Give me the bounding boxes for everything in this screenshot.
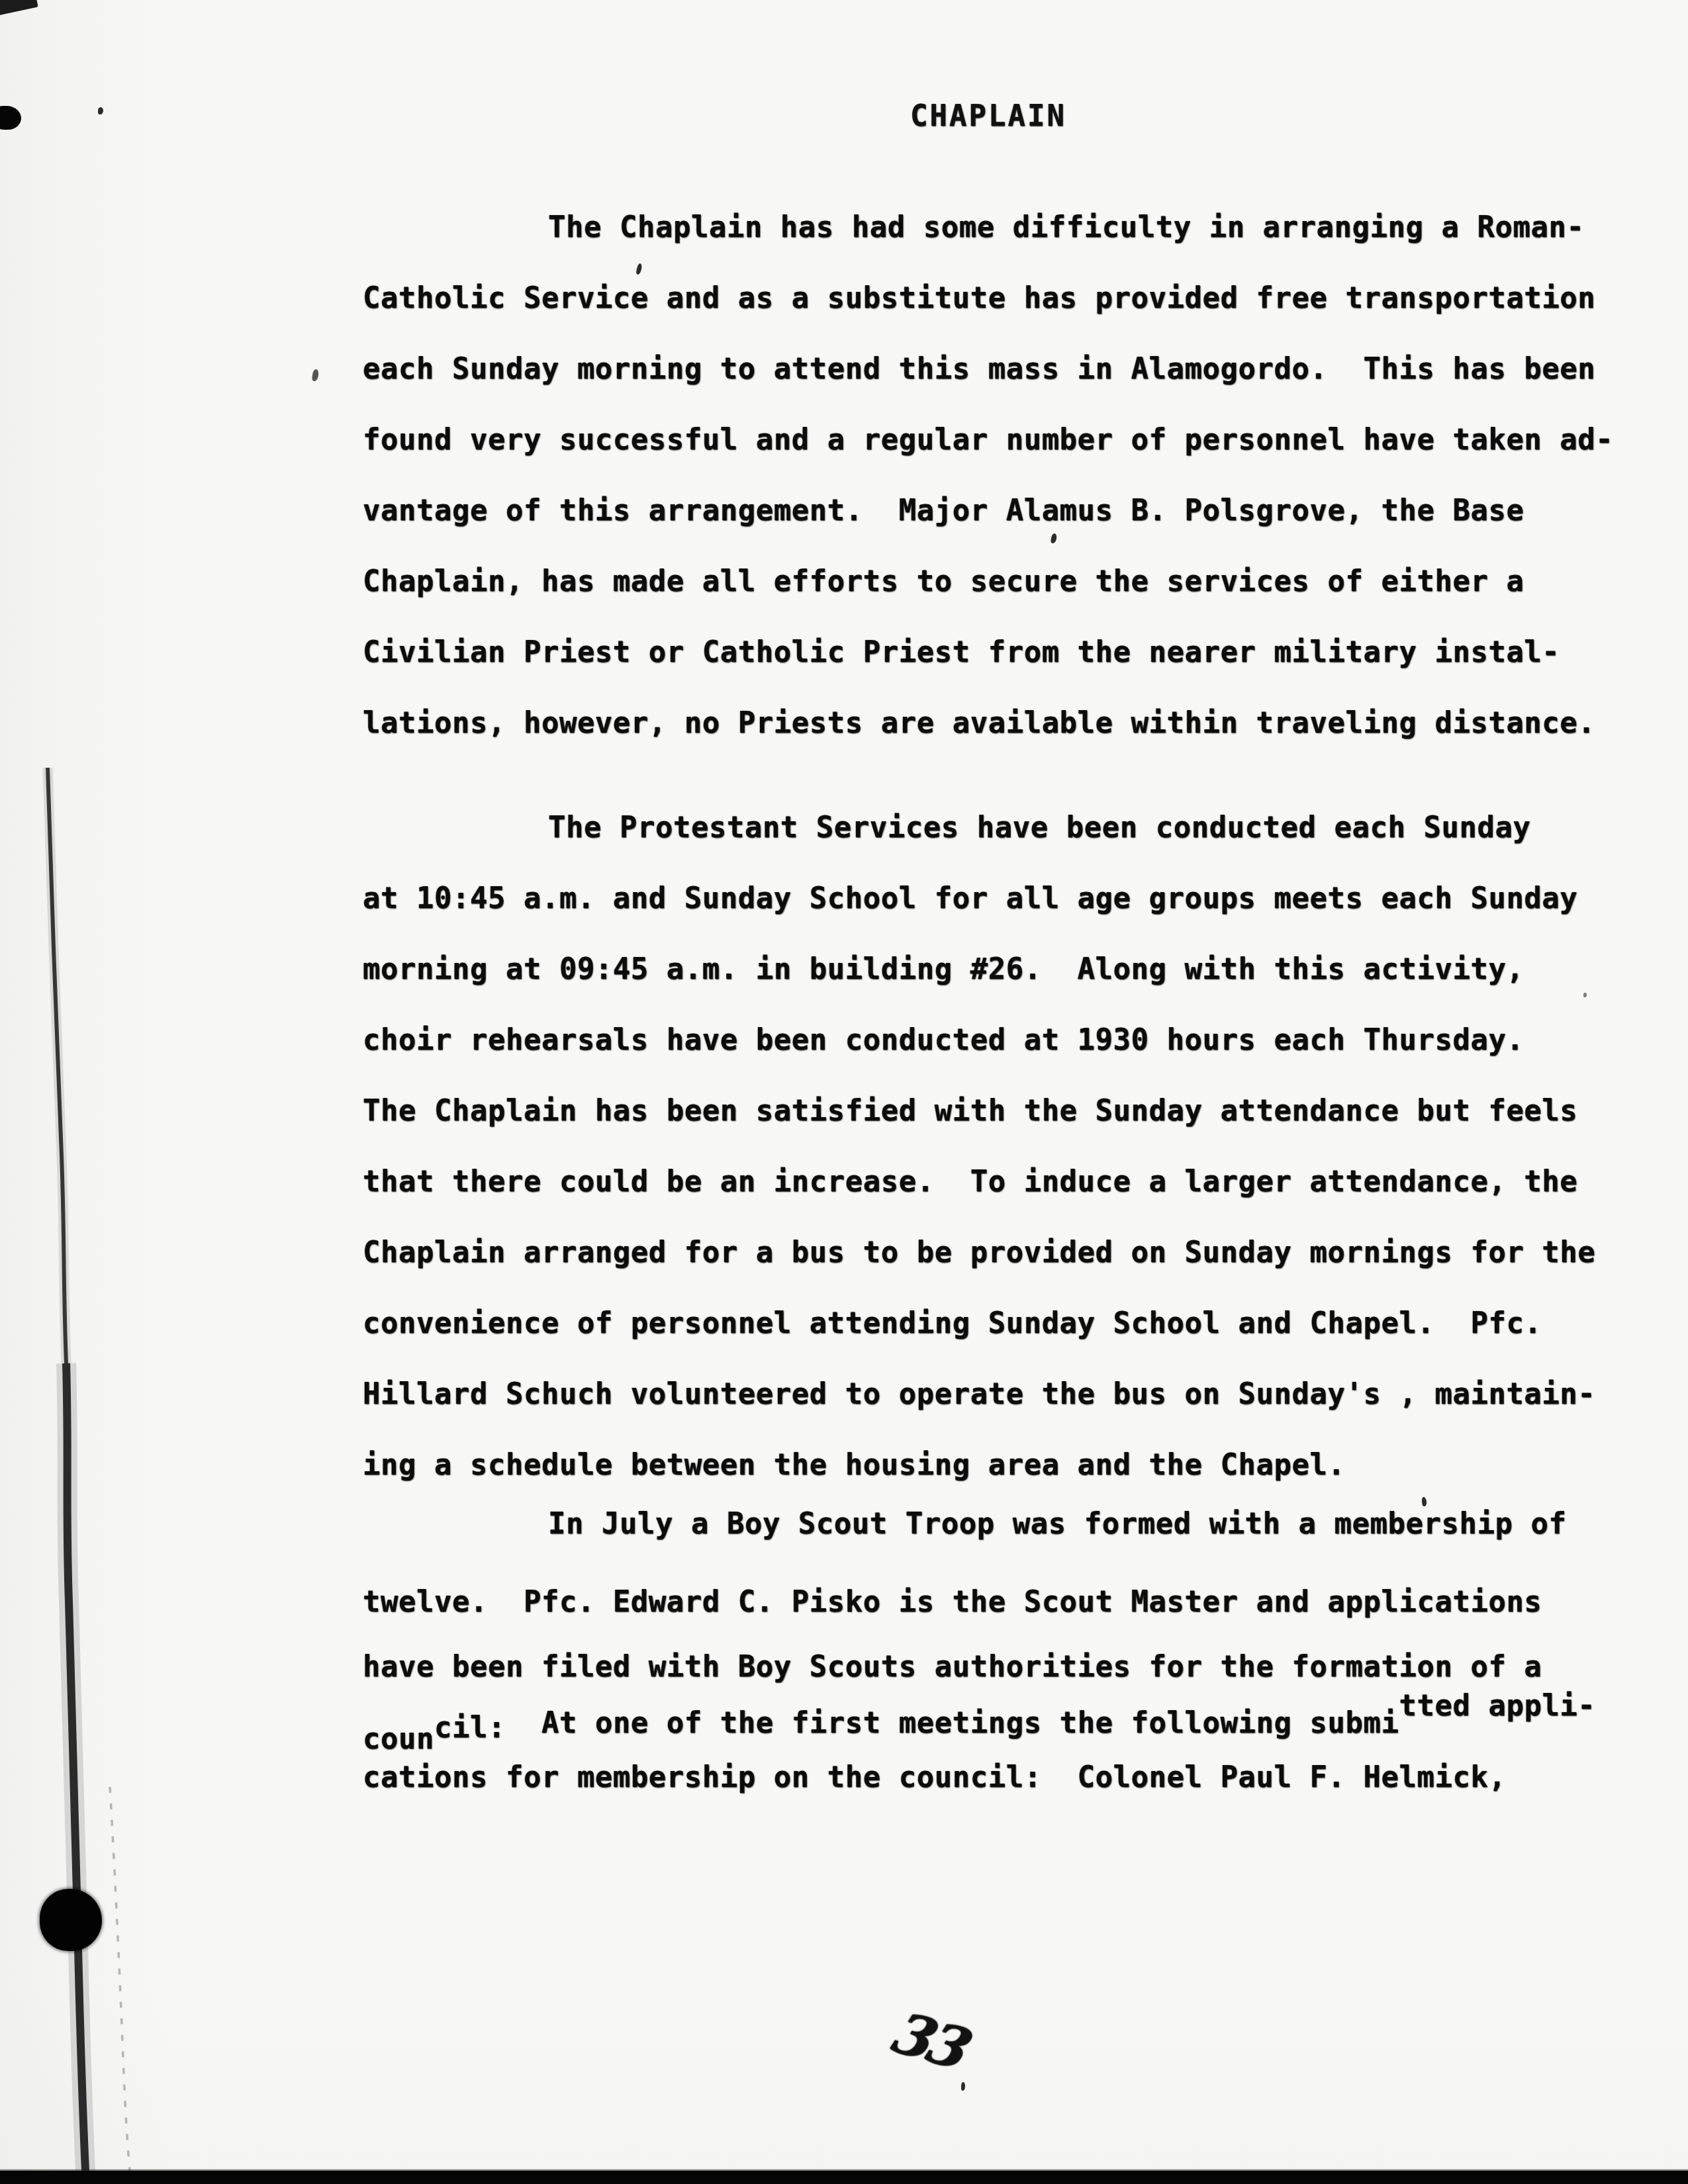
text-segment: tted appli-: [1399, 1689, 1595, 1723]
text-segment: cil:: [434, 1711, 506, 1745]
text-line: Chaplain arranged for a bus to be provid…: [363, 1217, 1627, 1288]
paragraph-1: The Chaplain has had some difficulty in …: [363, 192, 1627, 758]
paragraph-3: In July a Boy Scout Troop was formed wit…: [363, 1488, 1627, 1813]
text-line: choir rehearsals have been conducted at …: [363, 1005, 1627, 1075]
text-line: morning at 09:45 a.m. in building #26. A…: [363, 934, 1627, 1005]
text-line: In July a Boy Scout Troop was formed wit…: [363, 1488, 1627, 1559]
text-line: that there could be an increase. To indu…: [363, 1146, 1627, 1217]
paragraph-2: The Protestant Services have been conduc…: [363, 792, 1627, 1500]
text-segment: coun: [363, 1722, 434, 1756]
text-line: Civilian Priest or Catholic Priest from …: [363, 617, 1627, 688]
document-body: The Chaplain has had some difficulty in …: [0, 0, 1688, 2184]
scanned-document-page: CHAPLAIN The Chaplain has had some diffi…: [0, 0, 1688, 2184]
text-line: vantage of this arrangement. Major Alamu…: [363, 475, 1627, 546]
text-line: convenience of personnel attending Sunda…: [363, 1288, 1627, 1359]
text-line: Chaplain, has made all efforts to secure…: [363, 546, 1627, 617]
text-line: lations, however, no Priests are availab…: [363, 688, 1627, 758]
text-line: each Sunday morning to attend this mass …: [363, 334, 1627, 404]
text-line: The Chaplain has been satisfied with the…: [363, 1075, 1627, 1146]
text-line: Hillard Schuch volunteered to operate th…: [363, 1359, 1627, 1430]
text-line: The Chaplain has had some difficulty in …: [363, 192, 1627, 263]
text-segment: At one of the first meetings the followi…: [506, 1706, 1399, 1740]
text-line: at 10:45 a.m. and Sunday School for all …: [363, 863, 1627, 934]
text-line: cations for membership on the council: C…: [363, 1742, 1627, 1813]
text-line: found very successful and a regular numb…: [363, 404, 1627, 475]
text-line: Catholic Service and as a substitute has…: [363, 263, 1627, 334]
text-line: The Protestant Services have been conduc…: [363, 792, 1627, 863]
text-line: twelve. Pfc. Edward C. Pisko is the Scou…: [363, 1567, 1627, 1637]
